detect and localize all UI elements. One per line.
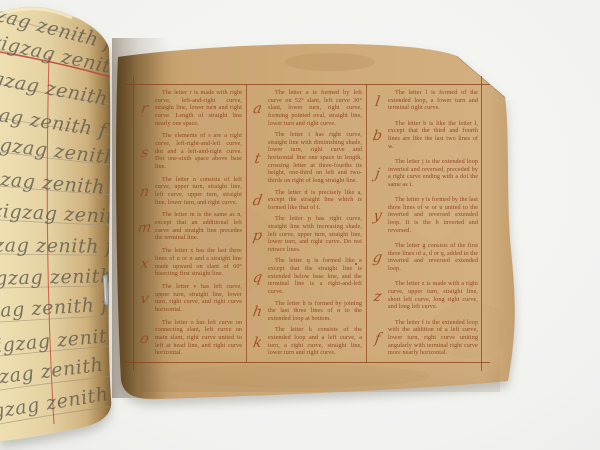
handwriting-line: zigzag zenith f [0, 234, 116, 258]
letter-cell: tThe letter t has right curve, straight … [249, 132, 362, 186]
cursive-letter-example: n [135, 184, 155, 199]
cursive-letter-example: r [135, 101, 155, 116]
cursive-letter-example: l [368, 94, 388, 109]
letter-cell: sThe elements of s are a right curve, le… [136, 133, 242, 171]
letter-description: The letter o has left curve on connectin… [155, 320, 242, 358]
letter-cell: jThe letter j is the extended loop inver… [369, 159, 478, 190]
letter-description: The letter j is the extended loop invert… [388, 159, 478, 190]
letter-description: The letter z is made with a right curve,… [388, 281, 478, 312]
letter-description: The letter d is precisely like a, except… [268, 190, 362, 213]
letter-description: The letter n consists of left curve, upp… [155, 177, 242, 208]
letter-description: The letter x has the last three lines of… [155, 248, 242, 279]
cursive-letter-example: k [248, 335, 268, 350]
letter-cell: qThe letter q is formed like a except th… [249, 258, 362, 296]
letter-cell: fThe letter f is the extended loop with … [369, 320, 478, 358]
letter-description: The letter v has left curve, upper turn,… [155, 284, 242, 315]
letter-cell: pThe letter p has right curve, straight … [249, 216, 362, 254]
cursive-letter-example: j [368, 166, 388, 181]
letter-cell: xThe letter x has the last three lines o… [136, 248, 242, 279]
letter-cell: oThe letter o has left curve on connecti… [136, 320, 242, 358]
cursive-letter-example: h [248, 304, 268, 319]
letter-cell: mThe letter m is the same as n, except t… [136, 212, 242, 243]
letter-column-1: rThe letter r is made with right curve, … [133, 84, 246, 363]
letter-description: The letter m is the same as n, except th… [155, 212, 242, 243]
cursive-letter-example: y [368, 209, 388, 224]
letter-cell: hThe letter h is formed by joining the l… [249, 301, 362, 324]
letter-description: The elements of s are a right curve, lef… [155, 133, 242, 171]
letter-description: The letter l is formed of the extended l… [388, 90, 478, 113]
cursive-letter-example: v [135, 291, 155, 306]
cursive-letter-example: s [135, 145, 155, 160]
letter-description: The letter f is the extended loop with t… [388, 320, 478, 358]
cursive-letter-example: b [368, 128, 388, 143]
letter-cell: lThe letter l is formed of the extended … [369, 90, 478, 113]
letter-cell: rThe letter r is made with right curve, … [136, 90, 242, 128]
cursive-letter-example: x [135, 256, 155, 271]
letter-cell: nThe letter n consists of left curve, up… [136, 177, 242, 208]
letter-cell: yThe letter y is formed by the last thre… [369, 197, 478, 235]
letter-cell: kThe letter k consists of the extended l… [249, 327, 362, 358]
letter-columns: rThe letter r is made with right curve, … [133, 84, 482, 363]
letter-cell: vThe letter v has left curve, upper turn… [136, 284, 242, 315]
letter-cell: zThe letter z is made with a right curve… [369, 281, 478, 312]
handwriting-line: zigzag zenith f [0, 265, 130, 290]
letter-cell: dThe letter d is precisely like a, excep… [249, 190, 362, 213]
letter-cell: gThe letter g consists of the first thre… [369, 243, 478, 274]
cursive-letter-example: a [248, 101, 268, 116]
letter-description: The letter y is formed by the last three… [388, 197, 478, 235]
letter-instruction-plate: rThe letter r is made with right curve, … [133, 84, 482, 363]
letter-description: The letter b is like the letter l, excep… [388, 121, 478, 152]
cursive-letter-example: z [368, 289, 388, 304]
letter-cell: aThe letter a is formed by left curve on… [249, 90, 362, 128]
letter-description: The letter q is formed like a except tha… [268, 258, 362, 296]
cursive-letter-example: g [368, 251, 388, 266]
letter-description: The letter p has right curve, straight l… [268, 216, 362, 254]
letter-description: The letter h is formed by joining the la… [268, 301, 362, 324]
letter-cell: bThe letter b is like the letter l, exce… [369, 121, 478, 152]
letter-description: The letter a is formed by left curve on … [268, 90, 362, 128]
letter-column-3: lThe letter l is formed of the extended … [366, 84, 482, 363]
letter-description: The letter g consists of the first three… [388, 243, 478, 274]
cursive-letter-example: t [248, 151, 268, 166]
cursive-letter-example: m [135, 220, 155, 235]
photo-background: zigzag zenith fzigzag zenith fzigzag zen… [0, 0, 600, 450]
cursive-letter-example: q [248, 270, 268, 285]
cursive-letter-example: p [248, 228, 268, 243]
cursive-letter-example: d [248, 193, 268, 208]
letter-description: The letter t has right curve, straight l… [268, 132, 362, 186]
letter-description: The letter k consists of the extended lo… [268, 327, 362, 358]
letter-description: The letter r is made with right curve, l… [155, 90, 242, 128]
cursive-letter-example: f [368, 331, 388, 346]
letter-column-2: aThe letter a is formed by left curve on… [246, 84, 366, 363]
cursive-letter-example: o [135, 331, 155, 346]
